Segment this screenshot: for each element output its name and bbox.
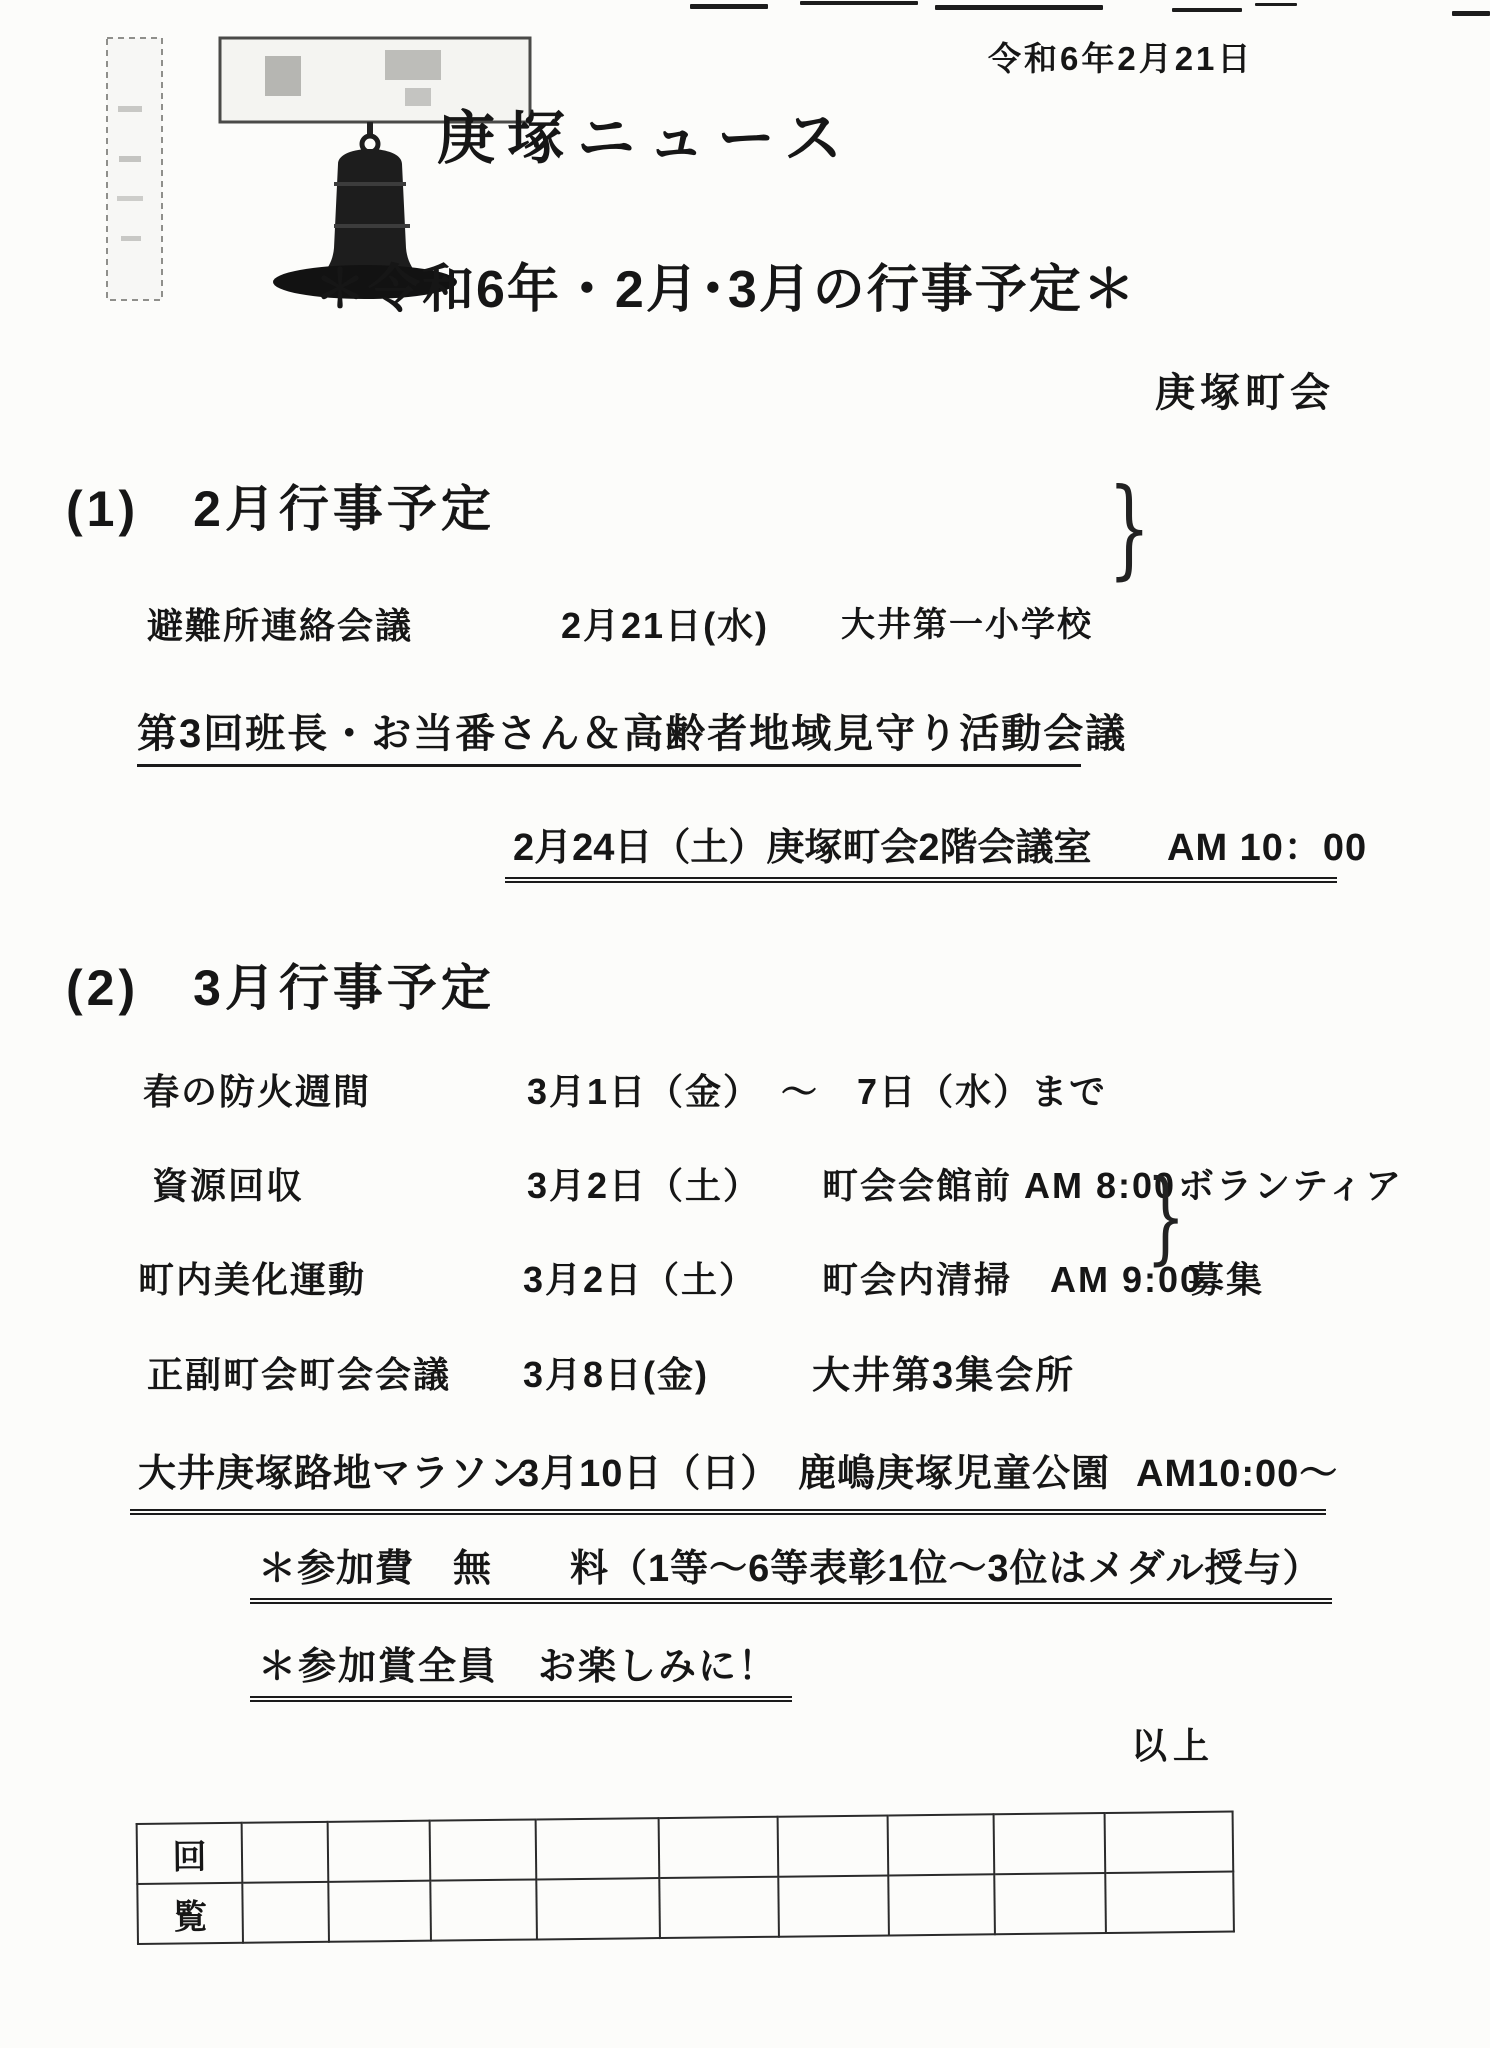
event-date: 3月1日（金） ～ 7日（水）まで xyxy=(527,1074,1107,1110)
event-place: 鹿嶋庚塚児童公園 xyxy=(798,1455,1110,1493)
event-time: AM10:00～ xyxy=(1136,1455,1338,1493)
section-march-heading: (2) 3月行事予定 xyxy=(66,963,495,1013)
circulation-cell xyxy=(659,1877,779,1938)
circulation-cell xyxy=(328,1881,431,1942)
circulation-cell xyxy=(994,1873,1106,1934)
event-date: 3月8日(金) xyxy=(523,1357,709,1393)
event-date: 3月2日（土） xyxy=(527,1168,761,1204)
circulation-cell xyxy=(888,1814,995,1875)
event-note: 募集 xyxy=(1188,1262,1264,1298)
scan-artifact xyxy=(1255,3,1297,6)
brace-icon: } xyxy=(1146,1158,1185,1275)
issue-date: 令和6年2月21日 xyxy=(988,42,1253,75)
event-name: 正副町会町会会議 xyxy=(147,1357,451,1393)
scan-artifact xyxy=(1452,11,1490,16)
circulation-cell xyxy=(888,1874,995,1935)
event-name: 資源回収 xyxy=(152,1168,304,1204)
event-name: 避難所連絡会議 xyxy=(147,608,413,644)
scan-artifact xyxy=(800,1,918,5)
circulation-cell xyxy=(328,1821,431,1882)
event-place: 町会内清掃 AM 9:00 xyxy=(822,1262,1202,1298)
section-february-heading: (1) 2月行事予定 xyxy=(66,484,495,534)
circulation-cell xyxy=(242,1822,329,1883)
newsletter-page: 令和6年2月21日 庚塚ニュース ＊令和6年・2月･3月の行事予定＊ 庚塚町会 … xyxy=(0,0,1490,2048)
newsletter-title: 庚塚ニュース xyxy=(437,110,854,168)
fee-note: ＊参加費 無 料（1等～6等表彰1位～3位はメダル授与） xyxy=(250,1550,1332,1604)
event-date: 3月10日（日） xyxy=(518,1455,779,1493)
event-date: 2月21日(水) xyxy=(561,608,769,644)
circulation-cell xyxy=(659,1817,779,1878)
circulation-cell xyxy=(1105,1872,1234,1933)
circulation-label-kai: 回 xyxy=(137,1823,243,1884)
brace-icon: } xyxy=(1108,466,1151,591)
organization-name: 庚塚町会 xyxy=(1155,373,1335,413)
scan-artifact xyxy=(1172,8,1242,12)
circulation-cell xyxy=(778,1875,889,1936)
circulation-table: 回 覧 xyxy=(136,1811,1235,1945)
meeting-time: AM 10：00 xyxy=(1167,829,1367,867)
circulation-cell xyxy=(430,1819,537,1880)
circulation-cell xyxy=(242,1882,329,1943)
meeting-title: 第3回班長・お当番さん＆高齢者地域見守り活動会議 xyxy=(137,714,1081,767)
circulation-cell xyxy=(536,1818,660,1879)
prize-note: ＊参加賞全員 お楽しみに！ xyxy=(250,1648,792,1702)
event-place: 大井第3集会所 xyxy=(812,1357,1075,1395)
newsletter-subtitle: ＊令和6年・2月･3月の行事予定＊ xyxy=(314,264,1137,316)
meeting-detail-line: 2月24日（土）庚塚町会2階会議室 AM 10：00 xyxy=(505,829,1337,883)
circulation-cell xyxy=(778,1815,889,1876)
meeting-detail: 2月24日（土）庚塚町会2階会議室 xyxy=(513,829,1092,867)
event-name: 春の防火週間 xyxy=(143,1074,371,1110)
closing-word: 以上 xyxy=(1131,1728,1215,1764)
event-place: 大井第一小学校 xyxy=(841,608,1093,642)
circulation-cell xyxy=(1105,1812,1234,1873)
circulation-row: 覧 xyxy=(137,1872,1234,1944)
event-name: 大井庚塚路地マラソン xyxy=(138,1455,528,1493)
event-note: ボランティア xyxy=(1178,1168,1403,1204)
circulation-cell xyxy=(994,1813,1106,1874)
circulation-cell xyxy=(536,1878,660,1939)
scan-artifact xyxy=(935,5,1103,10)
circulation-label-ran: 覧 xyxy=(137,1883,243,1944)
circulation-cell xyxy=(430,1879,537,1940)
event-name: 町内美化運動 xyxy=(138,1262,366,1298)
event-place: 町会会館前 AM 8:00 xyxy=(822,1168,1176,1204)
event-date: 3月2日（土） xyxy=(523,1262,757,1298)
marathon-row: 大井庚塚路地マラソン 3月10日（日） 鹿嶋庚塚児童公園 AM10:00～ xyxy=(130,1453,1326,1515)
scan-artifact xyxy=(690,4,768,9)
